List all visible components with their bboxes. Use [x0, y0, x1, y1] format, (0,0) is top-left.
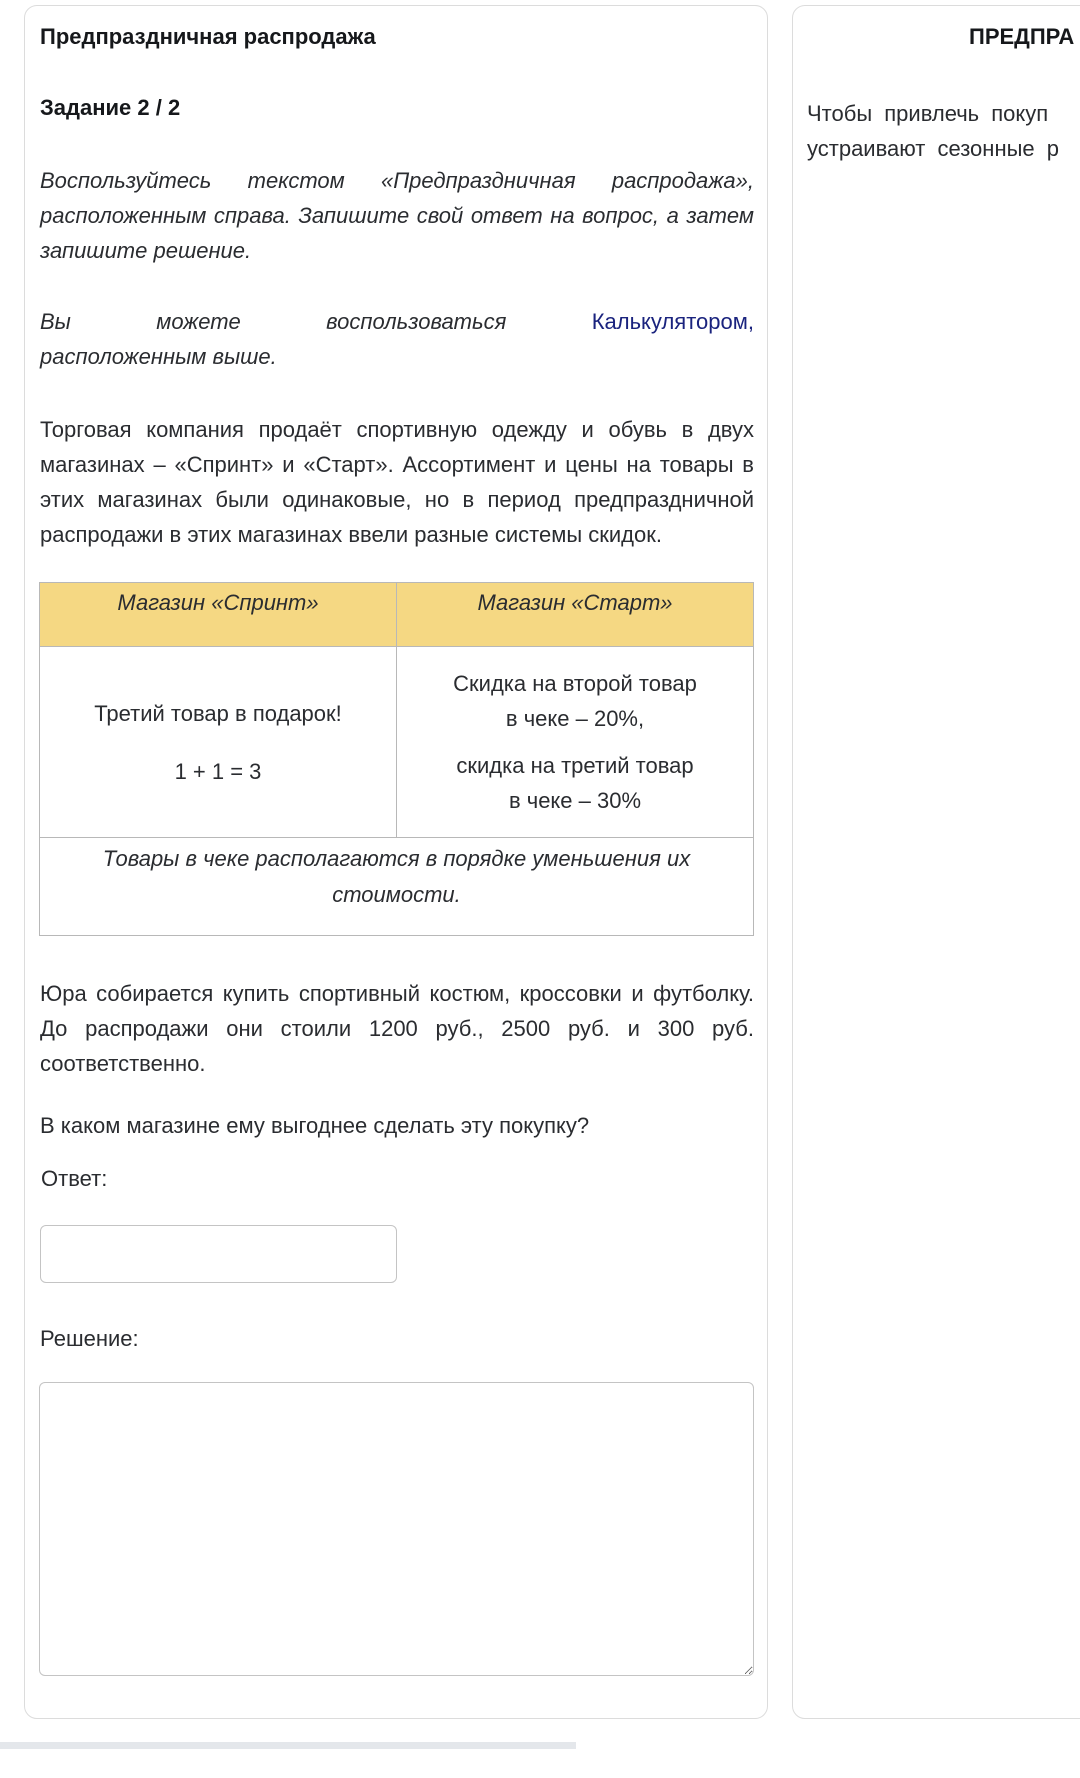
- hint-word: Вы: [40, 304, 71, 339]
- solution-label: Решение:: [40, 1326, 139, 1352]
- answer-input[interactable]: [40, 1225, 397, 1283]
- task-number: Задание 2 / 2: [40, 95, 180, 121]
- instructions-text: Воспользуйтесь текстом «Предпраздничная …: [40, 163, 754, 268]
- sprint-offer-formula: 1 + 1 = 3: [40, 754, 396, 789]
- start-offer-line: Скидка на второй товар: [397, 666, 753, 701]
- question-text: В каком магазине ему выгоднее сделать эт…: [40, 1108, 754, 1143]
- sprint-offer-line: Третий товар в подарок!: [40, 696, 396, 731]
- task-panel: Предпраздничная распродажа Задание 2 / 2…: [24, 5, 768, 1719]
- start-offer-line: в чеке – 20%,: [397, 701, 753, 736]
- source-text-panel: ПРЕДПРА Чтобы привлечь покуп устраивают …: [792, 5, 1080, 1719]
- source-text-line: Чтобы привлечь покуп: [807, 96, 1059, 131]
- start-offer-cell: Скидка на второй товар в чеке – 20%, ски…: [397, 647, 754, 838]
- hint-word: можете: [156, 304, 241, 339]
- solution-textarea[interactable]: [39, 1382, 754, 1676]
- discount-table: Магазин «Спринт» Магазин «Старт» Третий …: [39, 582, 754, 936]
- calculator-link[interactable]: Калькулятором,: [592, 304, 754, 339]
- task-title: Предпраздничная распродажа: [40, 24, 376, 50]
- source-text-line: устраивают сезонные р: [807, 131, 1059, 166]
- hint-word: воспользоваться: [326, 304, 506, 339]
- calculator-hint: Вы можете воспользоваться Калькулятором,…: [40, 304, 754, 374]
- start-offer-line: скидка на третий товар: [397, 748, 753, 783]
- problem-text: Юра собирается купить спортивный костюм,…: [40, 976, 754, 1081]
- answer-label: Ответ:: [41, 1166, 107, 1192]
- intro-text: Торговая компания продаёт спортивную оде…: [40, 412, 754, 552]
- sprint-offer-cell: Третий товар в подарок! 1 + 1 = 3: [40, 647, 397, 838]
- start-offer-line: в чеке – 30%: [397, 783, 753, 818]
- source-text: Чтобы привлечь покуп устраивают сезонные…: [807, 96, 1059, 166]
- table-header-start: Магазин «Старт»: [397, 583, 754, 647]
- hint-rest: расположенным выше.: [40, 339, 754, 374]
- table-note: Товары в чеке располагаются в порядке ум…: [40, 838, 754, 936]
- source-heading: ПРЕДПРА: [969, 24, 1074, 50]
- horizontal-scrollbar[interactable]: [0, 1742, 576, 1749]
- table-header-sprint: Магазин «Спринт»: [40, 583, 397, 647]
